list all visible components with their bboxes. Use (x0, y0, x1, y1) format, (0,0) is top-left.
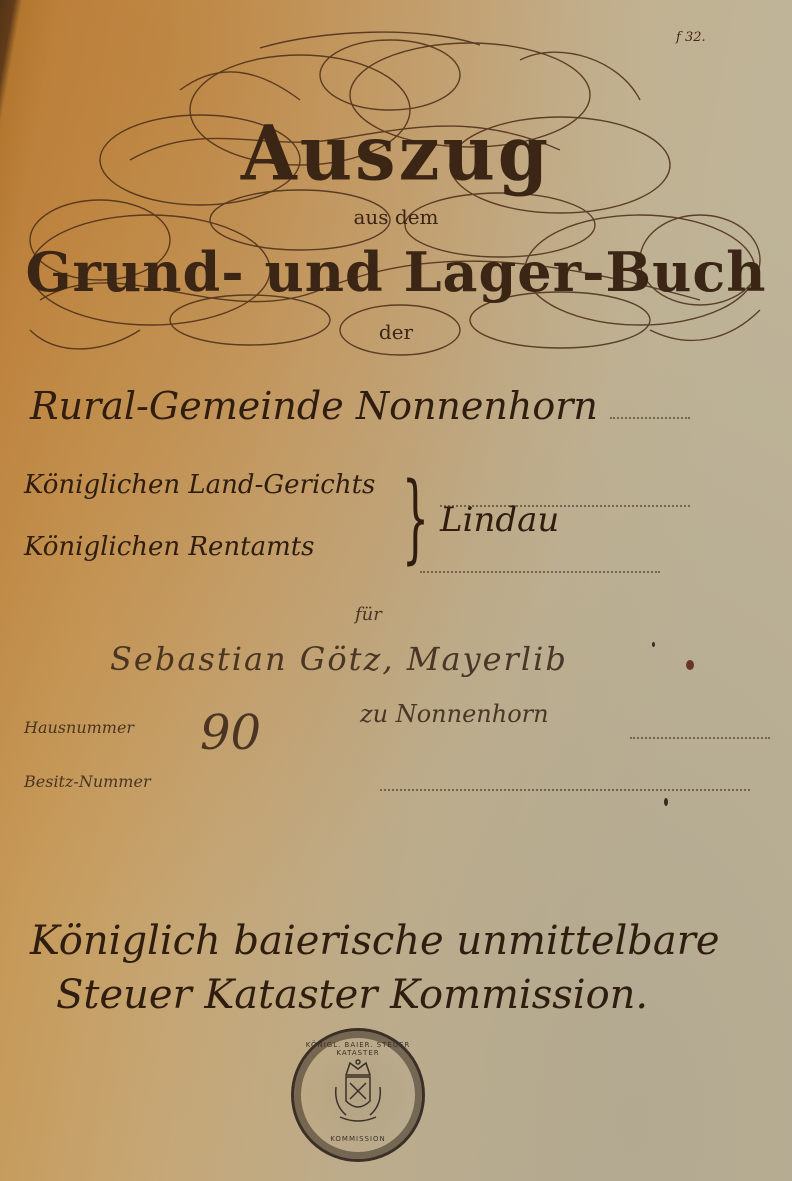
district-name: Lindau (440, 500, 559, 540)
house-label: Hausnummer (24, 718, 134, 737)
document-title: Auszug (0, 108, 792, 197)
municipality-label: Rural-Gemeinde (30, 384, 344, 428)
court-line: Königlichen Land-Gerichts (24, 470, 375, 500)
commission-line-1: Königlich baierische unmittelbare (30, 918, 720, 964)
commission-line-2: Steuer Kataster Kommission. (56, 972, 648, 1018)
title-der: der (0, 320, 792, 344)
seal-top-text: KÖNIGL. BAIER. STEUER KATASTER (294, 1041, 422, 1057)
house-dotted-rule (630, 724, 770, 743)
office-label: Königlichen Rentamts (24, 532, 315, 562)
house-number: 90 (200, 705, 261, 761)
house-location: zu Nonnenhorn (360, 700, 549, 728)
possession-label: Besitz-Nummer (24, 772, 151, 791)
ink-speck (652, 642, 655, 647)
ink-speck (686, 660, 694, 670)
owner-prefix: für (355, 604, 382, 625)
office-line: Königlichen Rentamts (24, 532, 315, 562)
dotted-rule (630, 736, 770, 739)
dotted-rule (610, 416, 690, 419)
possession-dotted-rule (380, 776, 750, 795)
book-title: Grund- und Lager-Buch (0, 240, 792, 304)
office-dotted-rule (420, 558, 660, 577)
court-label: Königlichen Land-Gerichts (24, 470, 375, 500)
ink-speck (664, 798, 668, 806)
municipality-name: Nonnenhorn (356, 384, 598, 428)
crown-crest-icon (330, 1057, 386, 1127)
dotted-rule (380, 788, 750, 791)
seal-bottom-text: KOMMISSION (294, 1135, 422, 1143)
municipality-line: Rural-Gemeinde Nonnenhorn (30, 384, 690, 428)
dotted-rule (420, 570, 660, 573)
title-subline: aus dem (0, 205, 792, 229)
curly-brace: } (402, 470, 429, 566)
owner-name: Sebastian Götz, Mayerlib (110, 640, 568, 678)
official-seal: KÖNIGL. BAIER. STEUER KATASTER KOMMISSIO… (291, 1028, 425, 1162)
